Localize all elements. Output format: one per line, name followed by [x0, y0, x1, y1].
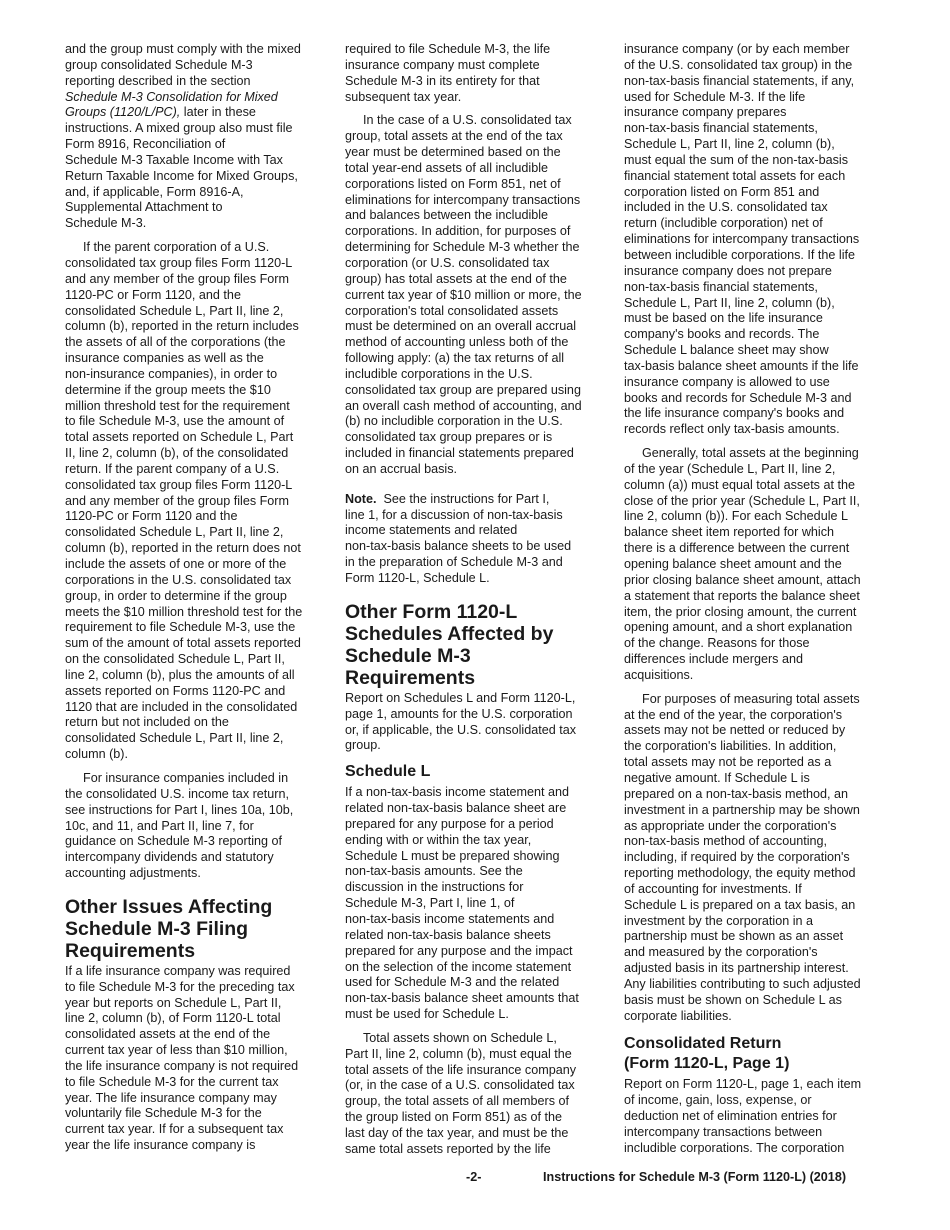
text-line: year but reports on Schedule L, Part II,	[65, 996, 331, 1012]
text-line: line 2, column (b), of Form 1120-L total	[65, 1011, 331, 1027]
text-line: discussion in the instructions for	[345, 880, 611, 896]
text-line: If a life insurance company was required	[65, 964, 331, 980]
text-line: on the consolidated Schedule L, Part II,	[65, 652, 331, 668]
text-line: million threshold test for the requireme…	[65, 399, 331, 415]
text-line: column (b), reported in the return does …	[65, 541, 331, 557]
text-line: prepared for any purpose and the impact	[345, 944, 611, 960]
text-line: Schedule L balance sheet may show	[624, 343, 890, 359]
text-line: Part II, line 2, column (b), must equal …	[345, 1047, 611, 1063]
text-line: records reflect only tax-basis amounts.	[624, 422, 890, 438]
text-line: In the case of a U.S. consolidated tax	[345, 113, 611, 129]
text-line: If a non-tax-basis income statement and	[345, 785, 611, 801]
text-line: Schedule M-3 Consolidation for Mixed	[65, 90, 331, 106]
text-line: and, if applicable, Form 8916-A,	[65, 185, 331, 201]
text-line: voluntarily file Schedule M-3 for the	[65, 1106, 331, 1122]
text-line: prepared on a non-tax-basis method, an	[624, 787, 890, 803]
text-line: total assets may not be reported as a	[624, 755, 890, 771]
paragraph-report-on-schedules: Report on Schedules L and Form 1120-L,pa…	[345, 691, 611, 754]
text-line: Schedule M-3.	[65, 216, 331, 232]
text-line: last day of the tax year, and must be th…	[345, 1126, 611, 1142]
text-line: 1120-PC or Form 1120 and the	[65, 509, 331, 525]
text-line: year. The life insurance company may	[65, 1091, 331, 1107]
text-line: Consolidated Return	[624, 1034, 890, 1054]
text-line: included in the U.S. consolidated tax	[624, 200, 890, 216]
text-line: the group listed on Form 851) as of the	[345, 1110, 611, 1126]
text-line: the assets of all of the corporations (t…	[65, 335, 331, 351]
text-line: return (includible corporation) net of	[624, 216, 890, 232]
paragraph-insurance-companies: For insurance companies included inthe c…	[65, 771, 331, 882]
text-line: as appropriate under the corporation's	[624, 819, 890, 835]
text-line: non-tax-basis financial statements,	[624, 280, 890, 296]
text-line: determine if the group meets the $10	[65, 383, 331, 399]
text-line: subsequent tax year.	[345, 90, 611, 106]
text-line: Schedule M-3 Filing	[65, 918, 331, 940]
text-line: an overall cash method of accounting, an…	[345, 399, 611, 415]
text-line: consolidated Schedule L, Part II, line 2…	[65, 525, 331, 541]
text-line: Schedules Affected by	[345, 623, 611, 645]
text-line: and measured by the corporation's	[624, 945, 890, 961]
text-line: line 2, column (b)). For each Schedule L	[624, 509, 890, 525]
text-line: deduction net of elimination entries for	[624, 1109, 890, 1125]
text-line: method of accounting unless both of the	[345, 335, 611, 351]
text-line: related non-tax-basis balance sheet are	[345, 801, 611, 817]
text-line: negative amount. If Schedule L is	[624, 771, 890, 787]
text-line: Schedule M-3 Taxable Income with Tax	[65, 153, 331, 169]
paragraph-financial-statements: insurance company (or by each memberof t…	[624, 42, 890, 438]
text-line: page 1, amounts for the U.S. corporation	[345, 707, 611, 723]
text-line: group consolidated Schedule M-3	[65, 58, 331, 74]
text-line: insurance companies as well as the	[65, 351, 331, 367]
text-line: Form 8916, Reconciliation of	[65, 137, 331, 153]
page-number: -2-	[466, 1170, 481, 1184]
text-line: reporting methodology, the equity method	[624, 866, 890, 882]
text-line: or, if applicable, the U.S. consolidated…	[345, 723, 611, 739]
text-line: investment by the corporation in a	[624, 914, 890, 930]
text-line: group.	[345, 738, 611, 754]
text-line: following apply: (a) the tax returns of …	[345, 351, 611, 367]
text-line: Schedule L must be prepared showing	[345, 849, 611, 865]
text-line: line 2, column (b), plus the amounts of …	[65, 668, 331, 684]
text-line: includible corporations. The corporation	[624, 1141, 890, 1157]
text-line: prepared for any purpose for a period	[345, 817, 611, 833]
text-line: (b) no includible corporation in the U.S…	[345, 414, 611, 430]
text-line: corporation's total consolidated assets	[345, 304, 611, 320]
text-line: on the selection of the income statement	[345, 960, 611, 976]
paragraph-total-assets: Total assets shown on Schedule L,Part II…	[345, 1031, 611, 1158]
text-line: corporations listed on Form 851, net of	[345, 177, 611, 193]
text-line: same total assets reported by the life	[345, 1142, 611, 1158]
text-line: close of the prior year (Schedule L, Par…	[624, 494, 890, 510]
text-line: the life insurance company's books and	[624, 406, 890, 422]
text-line: item, the prior closing amount, the curr…	[624, 605, 890, 621]
text-line: financial statement total assets for eac…	[624, 169, 890, 185]
text-line: at the end of the year, the corporation'…	[624, 708, 890, 724]
text-line: consolidated tax group files Form 1120-L	[65, 256, 331, 272]
text-line: requirement to file Schedule M-3, use th…	[65, 620, 331, 636]
footer-title: Instructions for Schedule M-3 (Form 1120…	[543, 1170, 846, 1184]
text-line: Schedule L is prepared on a tax basis, a…	[624, 898, 890, 914]
text-line: year the life insurance company is	[65, 1138, 331, 1154]
text-line: company's books and records. The	[624, 327, 890, 343]
paragraph-mixed-group: and the group must comply with the mixed…	[65, 42, 331, 232]
text-line: consolidated Schedule L, Part II, line 2…	[65, 304, 331, 320]
text-line: insurance company must complete	[345, 58, 611, 74]
text-line: basis must be shown on Schedule L as	[624, 993, 890, 1009]
text-line: must equal the sum of the non-tax-basis	[624, 153, 890, 169]
text-line: includible corporations in the U.S.	[345, 367, 611, 383]
text-line: tax-basis balance sheet amounts if the l…	[624, 359, 890, 375]
text-line: meets the $10 million threshold test for…	[65, 605, 331, 621]
text-line: Total assets shown on Schedule L,	[345, 1031, 611, 1047]
text-line: Report on Schedules L and Form 1120-L,	[345, 691, 611, 707]
text-line: reporting described in the section	[65, 74, 331, 90]
text-line: in the preparation of Schedule M-3 and	[345, 555, 611, 571]
text-line: consolidated tax group files Form 1120-L	[65, 478, 331, 494]
text-line: to file Schedule M-3 for the current tax	[65, 1075, 331, 1091]
text-line: corporations. In addition, for purposes …	[345, 224, 611, 240]
text-line: see instructions for Part I, lines 10a, …	[65, 803, 331, 819]
text-line: non-tax-basis method of accounting,	[624, 834, 890, 850]
text-line: non-insurance companies), in order to	[65, 367, 331, 383]
text-line: return. If the parent company of a U.S.	[65, 462, 331, 478]
column-3: insurance company (or by each memberof t…	[624, 42, 890, 1165]
text-line: include the assets of one or more of the	[65, 557, 331, 573]
text-line: opening amount, and a short explanation	[624, 620, 890, 636]
text-line: column (b).	[65, 747, 331, 763]
text-line: Report on Form 1120-L, page 1, each item	[624, 1077, 890, 1093]
column-1: and the group must comply with the mixed…	[65, 42, 331, 1162]
text-line: ending with or within the tax year,	[345, 833, 611, 849]
text-line: including, if required by the corporatio…	[624, 850, 890, 866]
text-line: current tax year of less than $10 millio…	[65, 1043, 331, 1059]
text-line: and any member of the group files Form	[65, 494, 331, 510]
text-line: Requirements	[65, 940, 331, 962]
text-line: corporation (or U.S. consolidated tax	[345, 256, 611, 272]
text-line: total assets reported on Schedule L, Par…	[65, 430, 331, 446]
text-line: year must be determined based on the	[345, 145, 611, 161]
text-line: Other Form 1120-L	[345, 601, 611, 623]
text-line: corporate liabilities.	[624, 1009, 890, 1025]
text-line: total assets of the life insurance compa…	[345, 1063, 611, 1079]
text-line: Schedule M-3 in its entirety for that	[345, 74, 611, 90]
text-line: of income, gain, loss, expense, or	[624, 1093, 890, 1109]
text-line: corporations in the U.S. consolidated ta…	[65, 573, 331, 589]
text-line: of the year (Schedule L, Part II, line 2…	[624, 462, 890, 478]
text-line: on an accrual basis.	[345, 462, 611, 478]
text-line: corporation listed on Form 851 and	[624, 185, 890, 201]
text-line: insurance company prepares	[624, 105, 890, 121]
paragraph-measuring-assets: For purposes of measuring total assetsat…	[624, 692, 890, 1025]
text-line: Schedule L, Part II, line 2, column (b),	[624, 296, 890, 312]
text-line: non-tax-basis balance sheets to be used	[345, 539, 611, 555]
text-line: consolidated Schedule L, Part II, line 2…	[65, 731, 331, 747]
text-line: current tax year of $10 million or more,…	[345, 288, 611, 304]
text-line: of the change. Reasons for those	[624, 636, 890, 652]
text-line: 10c, and 11, and Part II, line 7, for	[65, 819, 331, 835]
text-line: Groups (1120/L/PC), later in these	[65, 105, 331, 121]
text-line: intercompany dividends and statutory	[65, 850, 331, 866]
text-line: non-tax-basis balance sheet amounts that	[345, 991, 611, 1007]
text-line: consolidated tax group are prepared usin…	[345, 383, 611, 399]
text-line: must be based on the life insurance	[624, 311, 890, 327]
text-line: required to file Schedule M-3, the life	[345, 42, 611, 58]
text-line: the life insurance company is not requir…	[65, 1059, 331, 1075]
text-line: between includible corporations. If the …	[624, 248, 890, 264]
text-line: insurance company is allowed to use	[624, 375, 890, 391]
text-line: differences include mergers and	[624, 652, 890, 668]
text-line: line 1, for a discussion of non-tax-basi…	[345, 508, 611, 524]
heading-schedule-l: Schedule L	[345, 762, 611, 782]
note-paragraph: Note. See the instructions for Part I, l…	[345, 492, 611, 587]
text-line: intercompany transactions between	[624, 1125, 890, 1141]
text-line: the consolidated U.S. income tax return,	[65, 787, 331, 803]
text-line: Requirements	[345, 667, 611, 689]
text-line: guidance on Schedule M-3 reporting of	[65, 834, 331, 850]
text-line: prior closing balance sheet amount, atta…	[624, 573, 890, 589]
text-line: total year-end assets of all includible	[345, 161, 611, 177]
text-line: determining for Schedule M-3 whether the	[345, 240, 611, 256]
text-line: assets may not be netted or reduced by	[624, 723, 890, 739]
text-line: group) has total assets at the end of th…	[345, 272, 611, 288]
text-line: For insurance companies included in	[65, 771, 331, 787]
text-line: Return Taxable Income for Mixed Groups,	[65, 169, 331, 185]
paragraph-non-tax-basis: If a non-tax-basis income statement andr…	[345, 785, 611, 1023]
text-line: the corporation's liabilities. In additi…	[624, 739, 890, 755]
text-line: of the U.S. consolidated tax group) in t…	[624, 58, 890, 74]
note-first-line: See the instructions for Part I,	[376, 492, 549, 506]
text-line: used for Schedule M-3 and the related	[345, 975, 611, 991]
heading-other-issues: Other Issues AffectingSchedule M-3 Filin…	[65, 896, 331, 962]
text-line: accounting adjustments.	[65, 866, 331, 882]
text-line: Generally, total assets at the beginning	[624, 446, 890, 462]
text-line: Form 1120-L, Schedule L.	[345, 571, 611, 587]
text-line: current tax year. If for a subsequent ta…	[65, 1122, 331, 1138]
text-line: II, line 2, column (b), of the consolida…	[65, 446, 331, 462]
text-line: included in financial statements prepare…	[345, 446, 611, 462]
note-label: Note.	[345, 492, 376, 506]
text-line: insurance company (or by each member	[624, 42, 890, 58]
text-line: partnership must be shown as an asset	[624, 929, 890, 945]
text-line: (Form 1120-L, Page 1)	[624, 1054, 890, 1074]
text-line: investment in a partnership may be shown	[624, 803, 890, 819]
text-line: consolidated assets at the end of the	[65, 1027, 331, 1043]
paragraph-consolidated-group: In the case of a U.S. consolidated taxgr…	[345, 113, 611, 477]
text-line: must be used for Schedule L.	[345, 1007, 611, 1023]
paragraph-life-insurance-required: If a life insurance company was required…	[65, 964, 331, 1154]
text-line: and any member of the group files Form	[65, 272, 331, 288]
text-line: non-tax-basis income statements and	[345, 912, 611, 928]
text-line: instructions. A mixed group also must fi…	[65, 121, 331, 137]
text-line: If the parent corporation of a U.S.	[65, 240, 331, 256]
text-line: 1120 that are included in the consolidat…	[65, 700, 331, 716]
text-line: related non-tax-basis balance sheets	[345, 928, 611, 944]
text-line: non-tax-basis financial statements,	[624, 121, 890, 137]
text-line: eliminations for intercompany transactio…	[624, 232, 890, 248]
text-line: non-tax-basis amounts. See the	[345, 864, 611, 880]
text-line: a statement that reports the balance she…	[624, 589, 890, 605]
text-line: to file Schedule M-3, use the amount of	[65, 414, 331, 430]
text-line: non-tax-basis financial statements, if a…	[624, 74, 890, 90]
text-line: Schedule L, Part II, line 2, column (b),	[624, 137, 890, 153]
text-line: Supplemental Attachment to	[65, 200, 331, 216]
text-line: to file Schedule M-3 for the preceding t…	[65, 980, 331, 996]
heading-consolidated-return: Consolidated Return(Form 1120-L, Page 1)	[624, 1034, 890, 1074]
text-line: assets reported on Forms 1120-PC and	[65, 684, 331, 700]
text-line: group, the total assets of all members o…	[345, 1094, 611, 1110]
text-line: group, in order to determine if the grou…	[65, 589, 331, 605]
heading-other-schedules: Other Form 1120-LSchedules Affected bySc…	[345, 601, 611, 689]
text-line: balance sheet item reported for which	[624, 525, 890, 541]
text-line: books and records for Schedule M-3 and	[624, 391, 890, 407]
text-line: group, total assets at the end of the ta…	[345, 129, 611, 145]
text-line: column (b), reported in the return inclu…	[65, 319, 331, 335]
text-line: column (a)) must equal total assets at t…	[624, 478, 890, 494]
text-line: acquisitions.	[624, 668, 890, 684]
text-line: Schedule M-3, Part I, line 1, of	[345, 896, 611, 912]
text-line: adjusted basis in its partnership intere…	[624, 961, 890, 977]
text-line: used for Schedule M-3. If the life	[624, 90, 890, 106]
text-line: Other Issues Affecting	[65, 896, 331, 918]
text-line: of accounting for investments. If	[624, 882, 890, 898]
paragraph-beginning-of-year: Generally, total assets at the beginning…	[624, 446, 890, 684]
text-line: must be determined on an overall accrual	[345, 319, 611, 335]
paragraph-subsequent-year: required to file Schedule M-3, the lifei…	[345, 42, 611, 105]
column-2: required to file Schedule M-3, the lifei…	[345, 42, 611, 1166]
text-line: Schedule M-3	[345, 645, 611, 667]
text-line: Any liabilities contributing to such adj…	[624, 977, 890, 993]
paragraph-parent-corporation: If the parent corporation of a U.S.conso…	[65, 240, 331, 763]
text-line: 1120-PC or Form 1120, and the	[65, 288, 331, 304]
paragraph-report-on-form: Report on Form 1120-L, page 1, each item…	[624, 1077, 890, 1156]
text-line: opening balance sheet amount and the	[624, 557, 890, 573]
text-line: eliminations for intercompany transactio…	[345, 193, 611, 209]
text-line: consolidated tax group prepares or is	[345, 430, 611, 446]
text-line: there is a difference between the curren…	[624, 541, 890, 557]
text-line: income statements and related	[345, 523, 611, 539]
text-line: sum of the amount of total assets report…	[65, 636, 331, 652]
text-line: insurance company does not prepare	[624, 264, 890, 280]
text-line: and the group must comply with the mixed	[65, 42, 331, 58]
text-line: and balances between the includible	[345, 208, 611, 224]
text-line: For purposes of measuring total assets	[624, 692, 890, 708]
text-line: return but not included on the	[65, 715, 331, 731]
text-line: (or, in the case of a U.S. consolidated …	[345, 1078, 611, 1094]
